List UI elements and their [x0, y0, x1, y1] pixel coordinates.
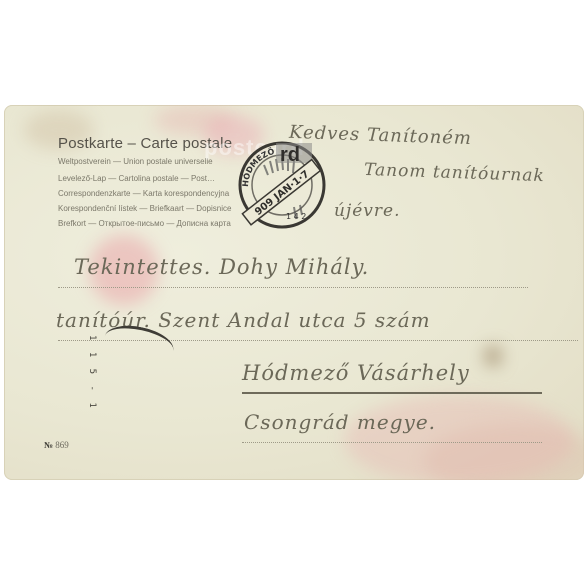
catalog-number-value: 869 [55, 440, 69, 450]
address-city: Hódmező Vásárhely [242, 361, 470, 385]
side-mark: 1 1 5 - 1 [87, 335, 97, 411]
stain [484, 345, 502, 367]
address-line-rule [242, 442, 542, 443]
catalog-number: № 869 [44, 440, 69, 450]
catalog-number-prefix: № [44, 440, 53, 450]
address-county: Csongrád megye. [244, 410, 436, 434]
svg-text:1 4 2: 1 4 2 [286, 212, 306, 221]
printed-line: Korespondenční lístek — Briefkaart — Dop… [58, 204, 231, 213]
address-recipient: Tekintettes. Dohy Mihály. [74, 255, 369, 279]
greeting-line: újévre. [334, 201, 400, 221]
printed-line: Weltpostverein — Union postale universel… [58, 157, 213, 166]
printed-line: Brefkort — Открытое-письмо — Дописна кар… [58, 219, 231, 228]
printed-line: Correspondenzkarte — Karta korespondency… [58, 189, 229, 198]
greeting-line: Tanom tanítóurnak [364, 160, 545, 186]
svg-text:909 JAN·1·7: 909 JAN·1·7 [253, 169, 312, 218]
printed-line: Levelező-Lap — Cartolina postale — Post… [58, 174, 215, 183]
postmark-stamp: rd HÓDMEZŐ 909 JAN·1·7 1 4 2 [234, 135, 330, 231]
stain [344, 395, 574, 480]
address-city-underline [242, 392, 542, 394]
svg-text:rd: rd [280, 144, 300, 166]
postcard: Postkarte – Carte postale Weltpostverein… [4, 105, 584, 480]
address-line-rule [58, 287, 528, 288]
